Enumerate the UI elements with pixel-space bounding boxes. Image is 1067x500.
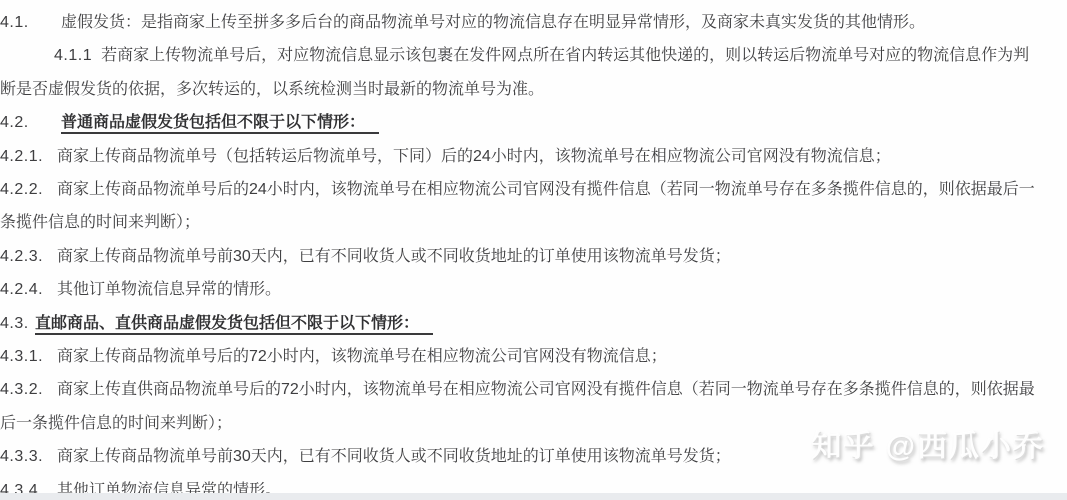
clause-number: 4.3.1. — [0, 340, 57, 373]
clause-number: 4.3. — [0, 307, 35, 340]
clause-4-3-2: 4.3.2.商家上传直供商品物流单号后的72小时内，该物流单号在相应物流公司官网… — [0, 373, 1037, 440]
clause-text: 商家上传商品物流单号后的24小时内，该物流单号在相应物流公司官网没有揽件信息（若… — [0, 181, 1035, 231]
clause-heading-text: 直邮商品、直供商品虚假发货包括但不限于以下情形： — [35, 315, 433, 335]
document-page: 4.1.虚假发货：是指商家上传至拼多多后台的商品物流单号对应的物流信息存在明显异… — [0, 0, 1067, 500]
clause-4-2-4: 4.2.4.其他订单物流信息异常的情形。 — [0, 273, 1037, 306]
clause-number: 4.3.3. — [0, 440, 57, 473]
clause-heading-text: 普通商品虚假发货包括但不限于以下情形： — [61, 114, 379, 134]
clause-number: 4.1. — [0, 6, 61, 39]
clause-4-3-3: 4.3.3.商家上传商品物流单号前30天内，已有不同收货人或不同收货地址的订单使… — [0, 440, 1037, 473]
clause-number: 4.2.2. — [0, 173, 57, 206]
clause-4-3-1: 4.3.1.商家上传商品物流单号后的72小时内，该物流单号在相应物流公司官网没有… — [0, 340, 1037, 373]
clause-text: 商家上传直供商品物流单号后的72小时内，该物流单号在相应物流公司官网没有揽件信息… — [0, 381, 1035, 431]
clause-text: 若商家上传物流单号后，对应物流信息显示该包裹在发件网点所在省内转运其他快递的，则… — [0, 47, 1029, 97]
clause-4-2-1: 4.2.1.商家上传商品物流单号（包括转运后物流单号，下同）后的24小时内，该物… — [0, 140, 1037, 173]
clause-text: 其他订单物流信息异常的情形。 — [57, 281, 281, 298]
clause-4-2-heading: 4.2.普通商品虚假发货包括但不限于以下情形： — [0, 106, 1037, 139]
page-bottom-edge — [0, 493, 1067, 500]
clause-number: 4.2.4. — [0, 273, 57, 306]
clause-text: 商家上传商品物流单号（包括转运后物流单号，下同）后的24小时内，该物流单号在相应… — [57, 148, 891, 165]
clause-number: 4.2.3. — [0, 240, 57, 273]
clause-4-2-2: 4.2.2.商家上传商品物流单号后的24小时内，该物流单号在相应物流公司官网没有… — [0, 173, 1037, 240]
clause-number: 4.1.1 — [54, 47, 92, 64]
clause-text: 商家上传商品物流单号前30天内，已有不同收货人或不同收货地址的订单使用该物流单号… — [57, 248, 731, 265]
clause-number: 4.2. — [0, 106, 61, 139]
clause-number: 4.2.1. — [0, 140, 57, 173]
clause-text: 虚假发货：是指商家上传至拼多多后台的商品物流单号对应的物流信息存在明显异常情形，… — [61, 14, 925, 31]
clause-4-2-3: 4.2.3.商家上传商品物流单号前30天内，已有不同收货人或不同收货地址的订单使… — [0, 240, 1037, 273]
clause-4-1: 4.1.虚假发货：是指商家上传至拼多多后台的商品物流单号对应的物流信息存在明显异… — [0, 6, 1037, 39]
clause-number: 4.3.2. — [0, 373, 57, 406]
clause-4-1-1: 4.1.1若商家上传物流单号后，对应物流信息显示该包裹在发件网点所在省内转运其他… — [0, 39, 1037, 106]
clause-4-3-heading: 4.3.直邮商品、直供商品虚假发货包括但不限于以下情形： — [0, 307, 1037, 340]
clause-text: 商家上传商品物流单号前30天内，已有不同收货人或不同收货地址的订单使用该物流单号… — [57, 448, 731, 465]
clause-text: 商家上传商品物流单号后的72小时内，该物流单号在相应物流公司官网没有物流信息； — [57, 348, 667, 365]
